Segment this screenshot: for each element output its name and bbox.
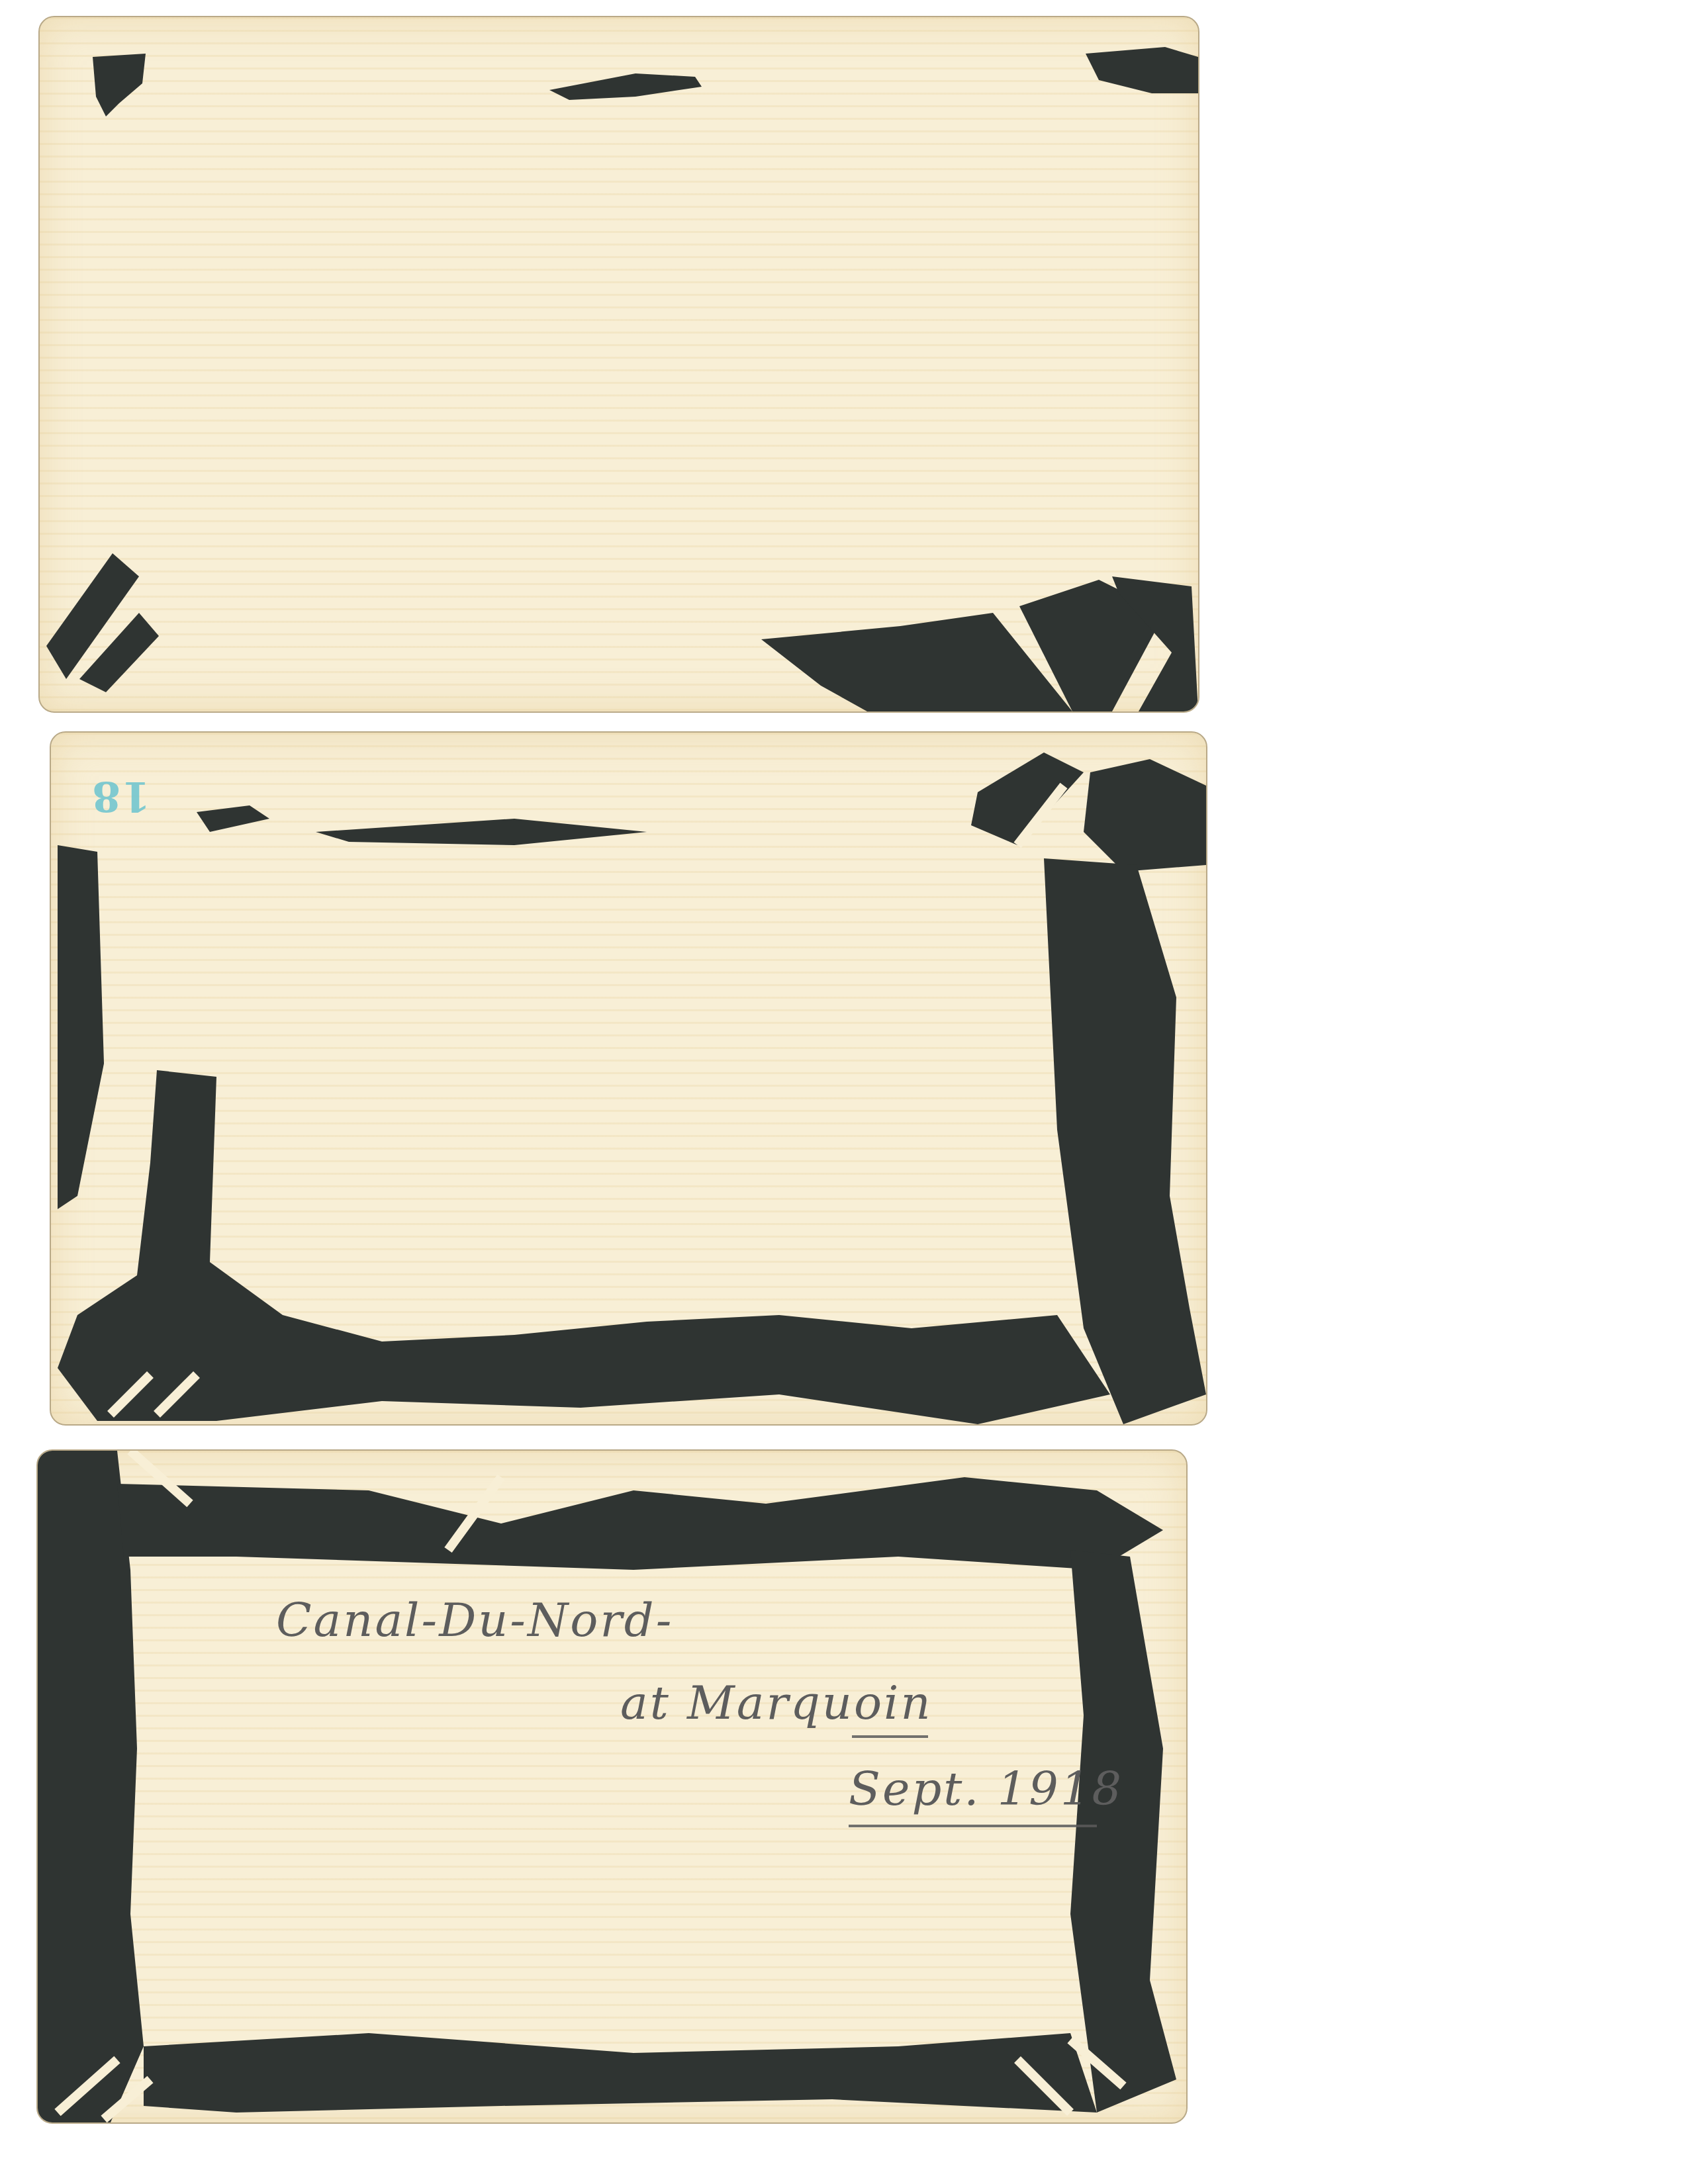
inscription-underline-short <box>852 1735 928 1738</box>
card-2: 18 <box>50 731 1207 1426</box>
album-residue-marks <box>40 17 1198 711</box>
album-residue-frame <box>51 733 1206 1424</box>
inscription-line-2: at Marquoin <box>620 1676 933 1730</box>
inscription-line-1: Canal-Du-Nord- <box>276 1593 673 1647</box>
inscription-underline-date <box>849 1825 1097 1827</box>
inscription-line-3: Sept. 1918 <box>849 1762 1123 1816</box>
card-1 <box>38 16 1199 713</box>
card-3: Canal-Du-Nord- at Marquoin Sept. 1918 <box>36 1449 1188 2124</box>
inventory-stamp-number: 18 <box>91 772 150 821</box>
